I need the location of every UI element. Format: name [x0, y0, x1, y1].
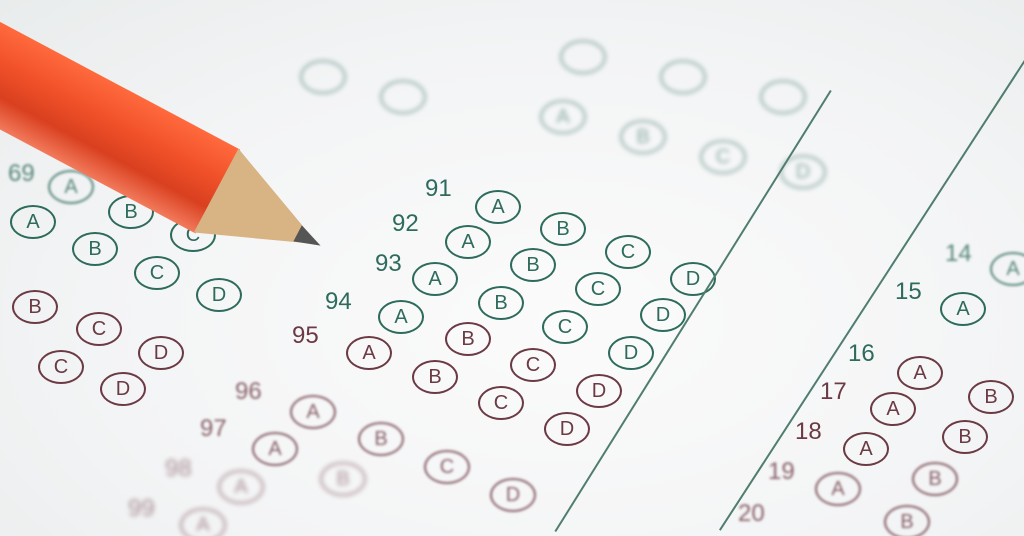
- question-number: 69: [8, 160, 35, 188]
- question-number: 98: [165, 455, 192, 483]
- bubble: A: [445, 225, 491, 259]
- bubble: C: [478, 386, 524, 420]
- bubble: A: [290, 395, 336, 429]
- question-number: 17: [820, 378, 847, 406]
- question-number: 94: [325, 288, 352, 316]
- bubble: B: [968, 380, 1014, 414]
- bubble: D: [196, 278, 242, 312]
- bubble: B: [12, 290, 58, 324]
- bubble: A: [180, 508, 226, 536]
- question-number: 15: [895, 278, 922, 306]
- bubble: C: [134, 256, 180, 290]
- question-number: 18: [795, 418, 822, 446]
- question-number: 19: [768, 458, 795, 486]
- bubble: D: [608, 336, 654, 370]
- bubble: C: [38, 350, 84, 384]
- bubble: B: [72, 232, 118, 266]
- bubble: A: [412, 262, 458, 296]
- bubble: D: [640, 298, 686, 332]
- bubble: A: [378, 300, 424, 334]
- bubble: C: [542, 310, 588, 344]
- bubble: B: [620, 120, 666, 154]
- question-number: 92: [392, 210, 419, 238]
- question-number: 95: [292, 322, 319, 350]
- bubble: [760, 80, 806, 114]
- bubble: B: [412, 360, 458, 394]
- bubble: A: [815, 472, 861, 506]
- answer-sheet: A B C D 68 A 69 A A B B C C D B C D C D …: [0, 0, 1024, 536]
- bubble: B: [320, 462, 366, 496]
- question-number: 97: [200, 415, 227, 443]
- bubble: B: [912, 462, 958, 496]
- bubble: D: [670, 262, 716, 296]
- bubble: C: [76, 312, 122, 346]
- bubble: B: [942, 420, 988, 454]
- bubble: B: [540, 212, 586, 246]
- question-number: 91: [425, 175, 452, 203]
- bubble: B: [358, 422, 404, 456]
- bubble: [560, 40, 606, 74]
- bubble: [660, 60, 706, 94]
- bubble: A: [897, 356, 943, 390]
- bubble: A: [540, 100, 586, 134]
- bubble: A: [252, 432, 298, 466]
- question-number: 20: [738, 500, 765, 528]
- question-number: 16: [848, 340, 875, 368]
- bubble: C: [605, 235, 651, 269]
- bubble: A: [346, 336, 392, 370]
- bubble: B: [510, 248, 556, 282]
- bubble: B: [445, 322, 491, 356]
- photo-scene: A B C D 68 A 69 A A B B C C D B C D C D …: [0, 0, 1024, 536]
- bubble: A: [990, 252, 1024, 286]
- bubble: A: [870, 392, 916, 426]
- bubble: A: [10, 205, 56, 239]
- question-number: 99: [128, 495, 155, 523]
- bubble: A: [940, 292, 986, 326]
- bubble: C: [700, 140, 746, 174]
- bubble: C: [424, 450, 470, 484]
- bubble: A: [843, 432, 889, 466]
- bubble: D: [490, 478, 536, 512]
- bubble: A: [218, 470, 264, 504]
- bubble: [380, 80, 426, 114]
- bubble: B: [884, 505, 930, 536]
- bubble: D: [576, 374, 622, 408]
- question-number: 14: [945, 240, 972, 268]
- question-number: 96: [235, 378, 262, 406]
- bubble: D: [138, 336, 184, 370]
- bubble: [300, 60, 346, 94]
- bubble: D: [100, 372, 146, 406]
- bubble: A: [475, 190, 521, 224]
- bubble: D: [544, 412, 590, 446]
- question-number: 93: [375, 250, 402, 278]
- bubble: C: [510, 348, 556, 382]
- bubble: B: [478, 286, 524, 320]
- bubble: C: [575, 272, 621, 306]
